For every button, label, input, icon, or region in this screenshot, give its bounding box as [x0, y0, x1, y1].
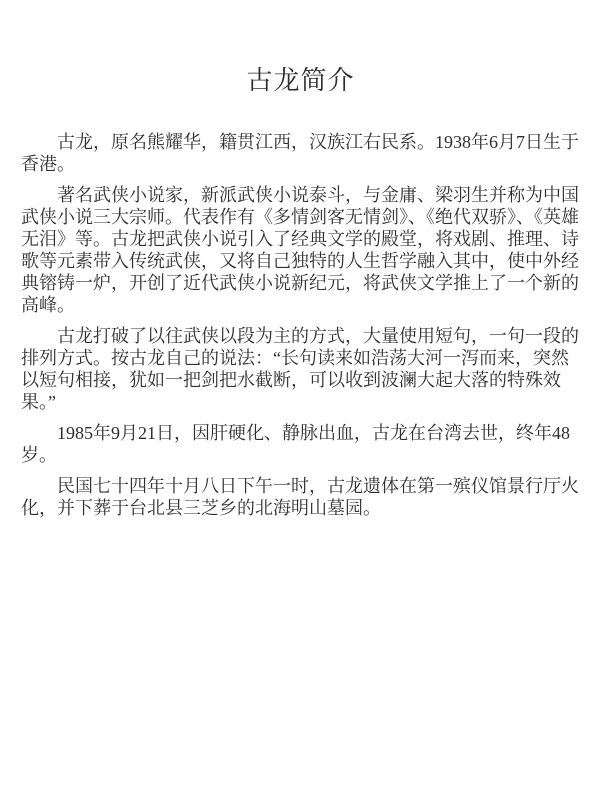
page-title: 古龙简介: [21, 60, 580, 97]
paragraph-career: 著名武侠小说家，新派武侠小说泰斗，与金庸、梁羽生并称为中国武侠小说三大宗师。代表…: [21, 184, 580, 316]
paragraph-funeral: 民国七十四年十月八日下午一时，古龙遗体在第一殡仪馆景行厅火化，并下葬于台北县三芝…: [21, 475, 580, 519]
document-page: 古龙简介 古龙，原名熊耀华，籍贯江西，汉族江右民系。1938年6月7日生于香港。…: [0, 0, 600, 800]
paragraph-birth: 古龙，原名熊耀华，籍贯江西，汉族江右民系。1938年6月7日生于香港。: [21, 131, 580, 175]
document-body: 古龙，原名熊耀华，籍贯江西，汉族江右民系。1938年6月7日生于香港。 著名武侠…: [21, 131, 580, 519]
paragraph-style: 古龙打破了以往武侠以段为主的方式，大量使用短句，一句一段的排列方式。按古龙自己的…: [21, 325, 580, 413]
paragraph-death: 1985年9月21日，因肝硬化、静脉出血，古龙在台湾去世，终年48岁。: [21, 422, 580, 466]
